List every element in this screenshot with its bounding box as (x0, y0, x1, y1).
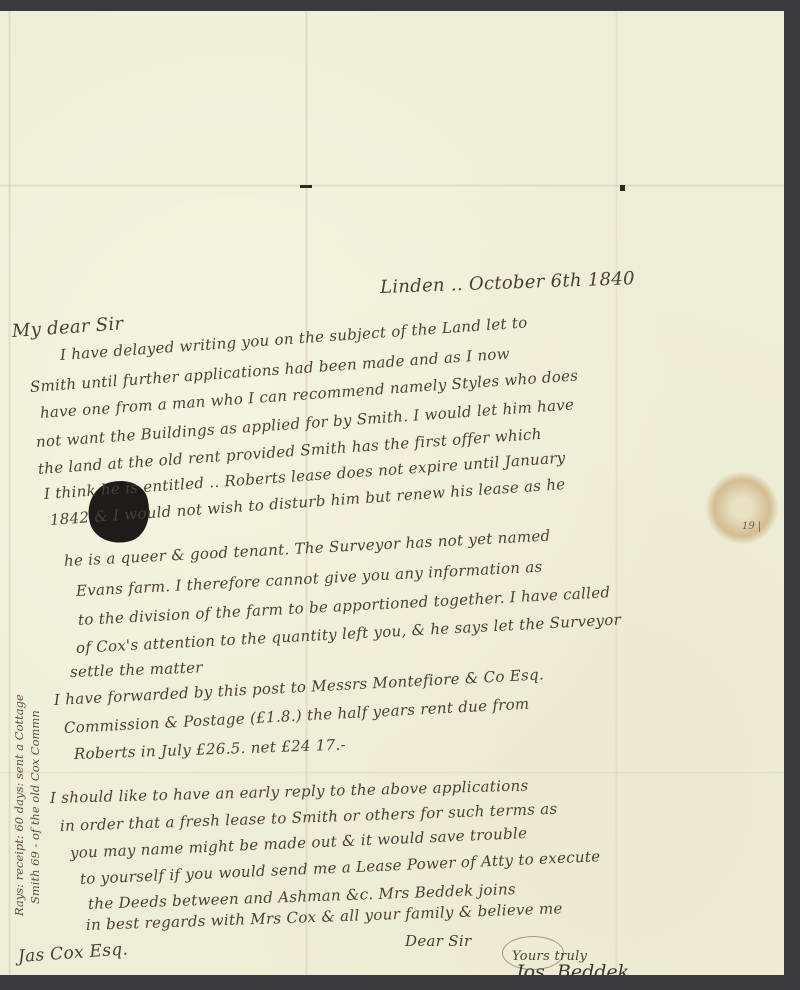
margin-note-line-1: Rays: receipt: 60 days: sent a Cottage (12, 694, 26, 916)
addressee: Jas Cox Esq. (17, 939, 128, 967)
wax-seal-stain (706, 472, 778, 544)
margin-note-line-2: Smith 69 - of the old Cox Commn (28, 710, 42, 904)
body-line: settle the matter (70, 658, 203, 681)
fold-line-vertical-left (8, 11, 11, 975)
seal-stain-text: 19 | (742, 521, 761, 532)
letter-page: 19 | Linden .. October 6th 1840 My dear … (0, 11, 784, 975)
closing: Dear Sir (405, 932, 471, 950)
ink-speck (300, 185, 312, 188)
fold-line-vertical-right (615, 11, 618, 975)
fold-line-horizontal (0, 184, 784, 187)
salutation: My dear Sir (11, 313, 124, 342)
fold-line-horizontal-lower (0, 771, 784, 774)
place-and-date: Linden .. October 6th 1840 (380, 268, 636, 298)
ink-speck (620, 185, 625, 191)
signature: Jos. Beddek (510, 961, 635, 975)
